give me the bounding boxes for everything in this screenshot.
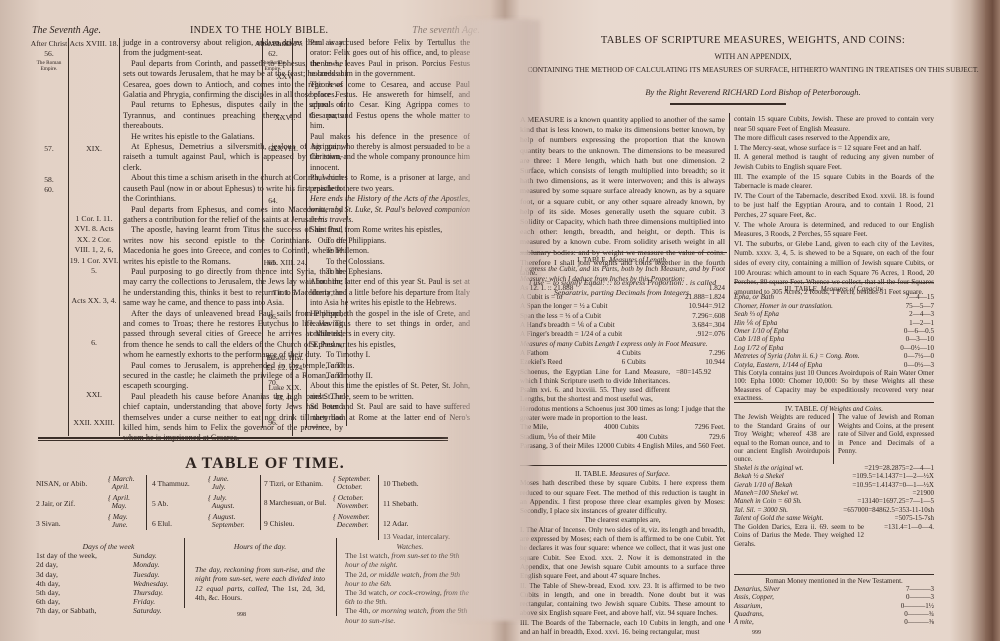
- year-60: 60.: [30, 185, 68, 195]
- rule: [734, 402, 934, 403]
- year-57: 57.: [30, 144, 68, 154]
- rule: [520, 465, 727, 466]
- running-head-age: The Seventh Age.: [32, 25, 101, 36]
- day-row: 2d day,Monday.: [36, 560, 181, 569]
- month-eq: { June. July.: [208, 475, 229, 491]
- title-rule: [670, 103, 786, 105]
- year-56: After Christ 56.The Roman Empire.: [30, 39, 68, 72]
- days-heading: Days of the week: [36, 542, 181, 551]
- tables-subtitle: WITH AN APPENDIX,: [520, 52, 986, 61]
- ref: XIX.: [69, 144, 119, 154]
- month-eq: { October. November.: [333, 494, 369, 510]
- day-row: 1st day of the week,Sunday.: [36, 551, 181, 560]
- month-eq: { August. September.: [208, 513, 244, 529]
- month-marchesuan: 8 Marchesuan, or Bul.: [264, 499, 326, 507]
- day-row: 4th day,Wednesday.: [36, 579, 181, 588]
- column-divider: [729, 113, 730, 623]
- day-row: 7th day, or Sabbath,Saturday.: [36, 606, 181, 615]
- month-eq: { May. June.: [108, 513, 128, 529]
- day-row: 3d day,Tuesday.: [36, 570, 181, 579]
- month-ab: 5 Ab.: [152, 499, 168, 508]
- table-of-time-title: A TABLE OF TIME.: [30, 455, 500, 473]
- divider: [184, 538, 185, 608]
- month-eq: { July. August.: [208, 494, 234, 510]
- byline: By the Right Reverend RICHARD Lord Bisho…: [520, 88, 986, 97]
- ref: 1 Cor. I. 11. XVI. 8. Acts XX. 2 Cor. VI…: [69, 214, 119, 276]
- year-58: 58.: [30, 175, 68, 185]
- month-nisan: NISAN, or Abib.: [36, 479, 87, 488]
- table-3-measures-of-capacity: III. TABLE. Measures of Capacity. Epha, …: [734, 285, 934, 403]
- divider: [336, 538, 337, 616]
- month-chisleu: 9 Chisleu.: [264, 519, 294, 528]
- page-number-left: 998: [237, 612, 246, 618]
- ref: Acts XX. 3, 4.: [69, 296, 119, 306]
- day-row: 5th day,Thursday.: [36, 588, 181, 597]
- hours-of-day: Hours of the day. The day, reckoning fro…: [195, 542, 325, 602]
- surface-appendix-list: contain 15 square Cubits, Jewish. These …: [734, 115, 934, 297]
- tables-subtitle-2: CONTAINING THE METHOD OF CALCULATING ITS…: [520, 65, 986, 74]
- month-shebath: 11 Shebath.: [383, 499, 418, 508]
- table-1-measures-of-length: I. TABLE. Measures of Length. I express …: [520, 256, 725, 451]
- ref: Acts XVIII. 18.: [69, 39, 119, 49]
- month-eq: { November. December.: [333, 513, 370, 529]
- ref: XXI.: [69, 390, 119, 400]
- hours-heading: Hours of the day.: [195, 542, 325, 551]
- gutter-shadow: [440, 20, 530, 620]
- book-spread: The Seventh Age. INDEX TO THE HOLY BIBLE…: [0, 0, 1000, 641]
- rule: [520, 252, 727, 253]
- month-elul: 6 Elul.: [152, 519, 172, 528]
- tables-title: TABLES OF SCRIPTURE MEASURES, WEIGHTS, A…: [520, 35, 986, 46]
- table-2-measures-of-surface: II. TABLE. Measures of Surface. Moses ha…: [520, 470, 725, 637]
- rule: [734, 574, 934, 575]
- table-of-time-rule: [38, 437, 448, 441]
- month-eq: { September. October.: [333, 475, 371, 491]
- month-sivan: 3 Sivan.: [36, 519, 61, 528]
- month-thammuz: 4 Thammuz.: [152, 479, 190, 488]
- ref: 6.: [69, 338, 119, 348]
- month-eq: { March. April.: [108, 475, 134, 491]
- month-thebeth: 10 Thebeth.: [383, 479, 419, 488]
- year-column-1: After Christ 56.The Roman Empire. 57. 58…: [30, 38, 69, 436]
- month-adar: 12 Adar.: [383, 519, 408, 528]
- rule: [734, 282, 934, 283]
- month-tizri: 7 Tizri, or Ethanim.: [264, 479, 323, 488]
- table-4-weights-and-coins: IV. TABLE. Of Weights and Coins. The Jew…: [734, 405, 934, 548]
- reference-column-1: Acts XVIII. 18. XIX. 1 Cor. I. 11. XVI. …: [69, 38, 120, 436]
- month-eq: { April. May.: [108, 494, 130, 510]
- roman-money-table: Roman Money mentioned in the New Testame…: [734, 577, 934, 626]
- running-head-title: INDEX TO THE HOLY BIBLE.: [190, 25, 328, 36]
- divider: [260, 475, 261, 530]
- reference-column-2: Acts XXIV. XXV. XXVI. XXVIII. Heb. XIII.…: [262, 38, 307, 428]
- book-edge: [985, 0, 1000, 641]
- divider: [378, 475, 379, 540]
- ref: XXII. XXIII.: [69, 418, 119, 428]
- divider: [146, 475, 147, 530]
- right-page: TABLES OF SCRIPTURE MEASURES, WEIGHTS, A…: [520, 0, 986, 641]
- days-of-week: Days of the week 1st day of the week,Sun…: [36, 542, 181, 616]
- page-number-right: 999: [752, 630, 761, 636]
- day-row: 6th day,Friday.: [36, 597, 181, 606]
- month-jair: 2 Jair, or Zif.: [36, 499, 75, 508]
